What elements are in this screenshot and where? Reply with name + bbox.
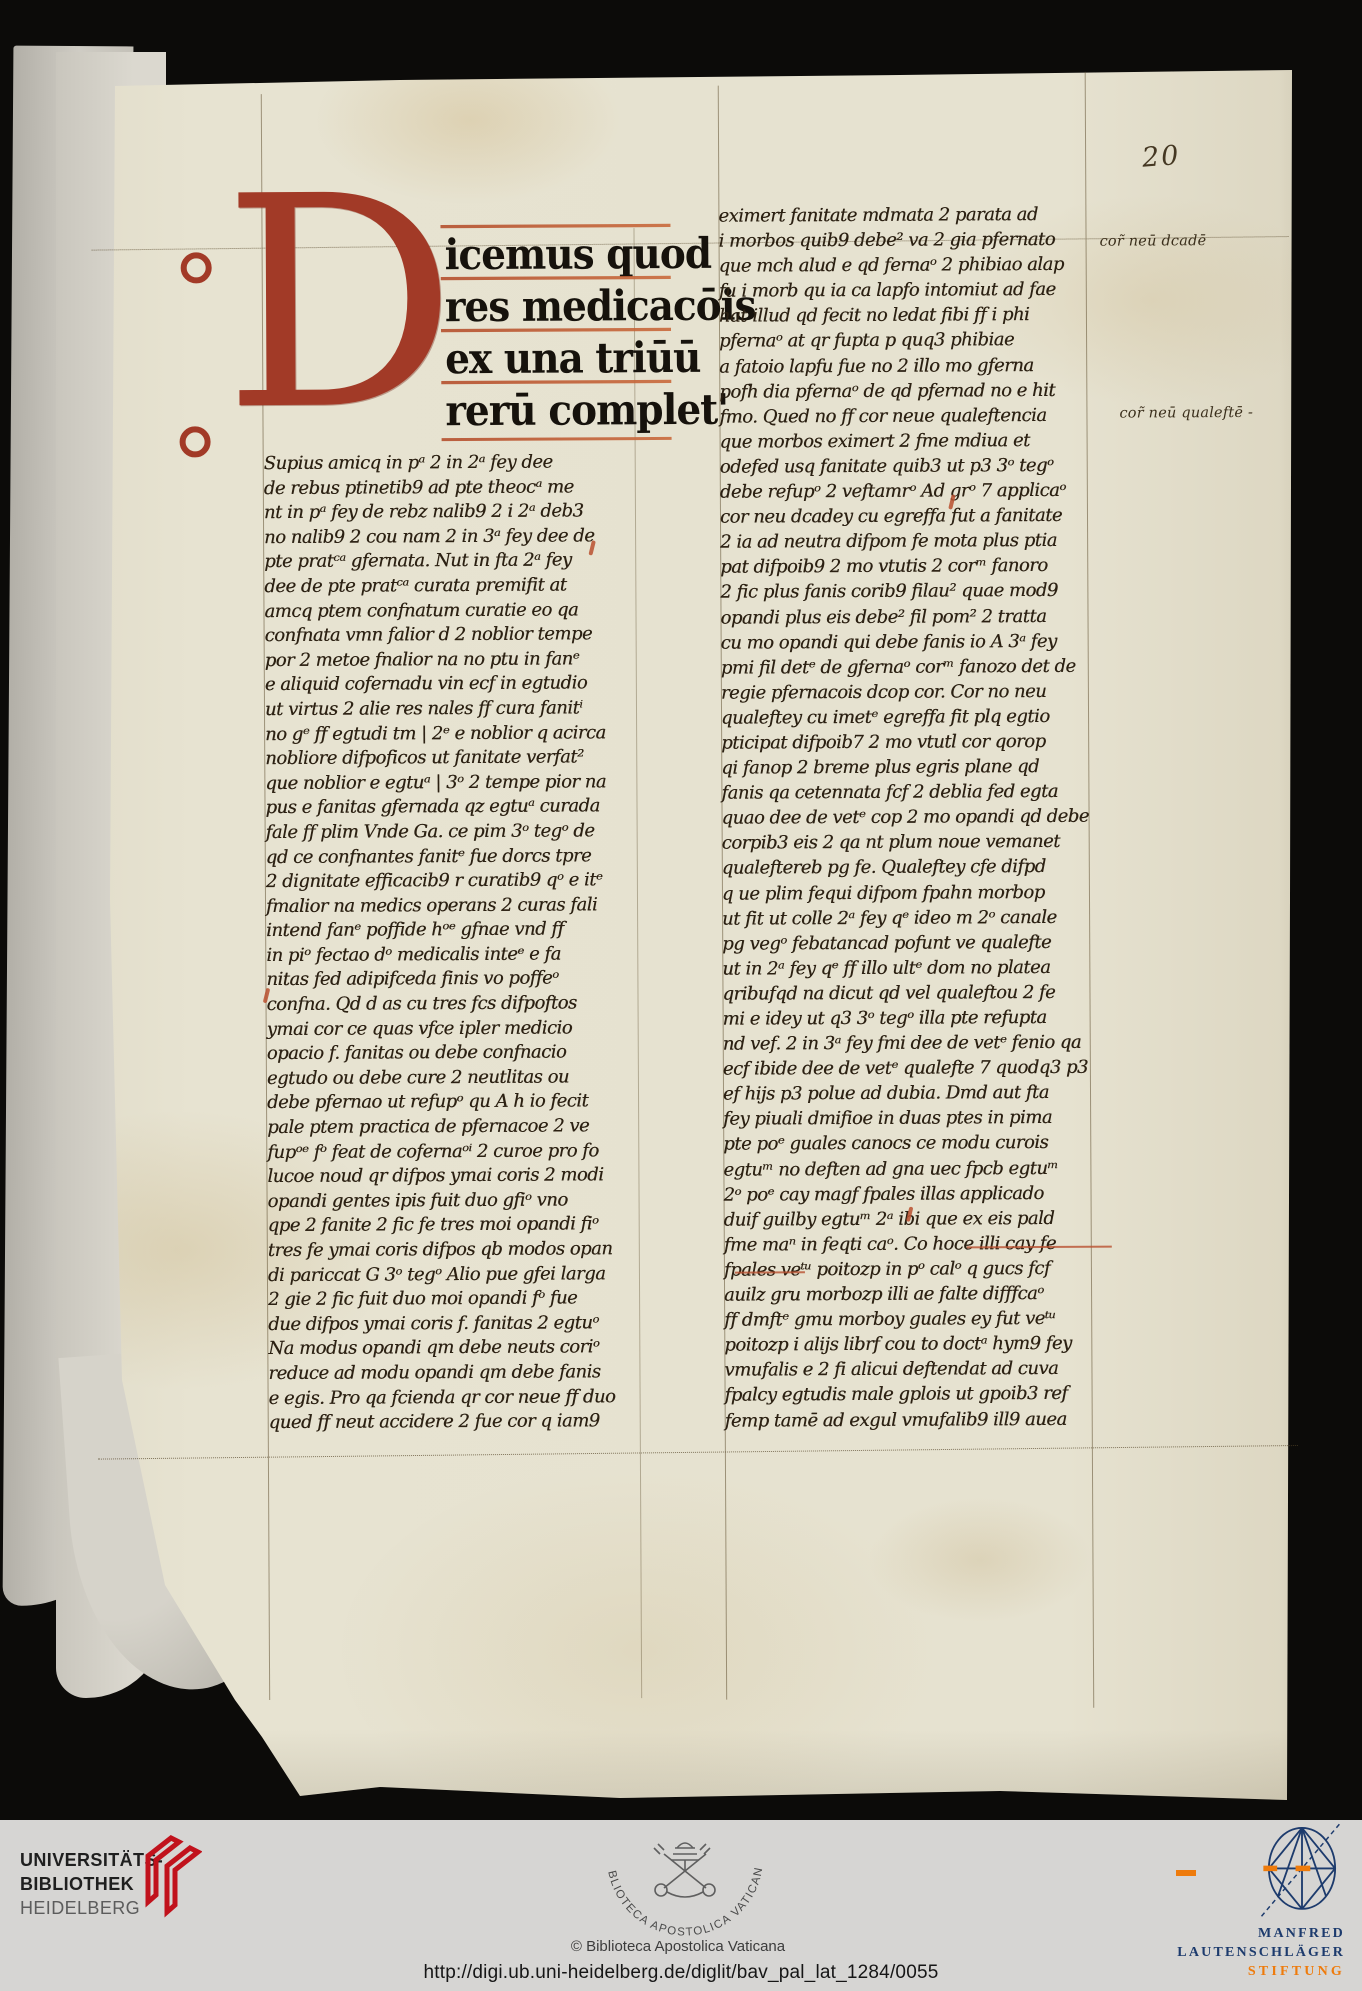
text-line: 2 dignitate efficacib9 r curatib9 qᵒ e i…	[266, 868, 613, 894]
text-line: odefed usq fanitate quib3 ut p3 3ᵒ tegᵒ	[720, 453, 1088, 480]
text-line: opandi plus eis debe² fil pom² 2 tratta	[720, 603, 1088, 630]
text-line: 2ᵒ poᵉ cay magf fpales illas applicado	[723, 1180, 1091, 1207]
text-line: pfernaᵒ at qr fupta p quq3 phibiae	[719, 327, 1087, 354]
rubricated-heading: icemus quodres medicacōisex una triūūrer…	[444, 226, 669, 435]
text-line: por 2 metoe fnalior na no ptu in fanᵉ	[265, 647, 612, 673]
text-line: pte poᵉ guales canocs ce modu curois	[723, 1130, 1091, 1157]
text-line: ut in 2ᵃ fey qᵉ ff illo ultᵉ dom no plat…	[722, 955, 1090, 982]
text-line: q ue plim fequi difpom fpahn morbop	[722, 879, 1090, 906]
text-line: pmi fil detᵉ de gfernaᵒ corᵐ fanozo det …	[721, 653, 1089, 680]
text-line: 2 ia ad neutra difpom fe mota plus ptia	[720, 528, 1088, 555]
foundation-globe-icon	[1256, 1822, 1348, 1924]
text-line: pg vegᵒ febatancad pofunt ve qualefte	[722, 929, 1090, 956]
manuscript-content: 20 D icemus quodres medicacōisex una tri…	[0, 0, 1362, 1820]
screenshot-root: 20 D icemus quodres medicacōisex una tri…	[0, 0, 1362, 1991]
red-underline	[735, 1271, 805, 1273]
text-line: qribufqd na dicut qd vel qualeftou 2 fe	[722, 980, 1090, 1007]
text-line: e aliquid cofernadu vin ecf in egtudio	[265, 672, 612, 698]
heidelberg-book-icon	[138, 1832, 202, 1932]
text-line: qued ff neut accidere 2 fue cor q iam9	[269, 1409, 616, 1435]
text-line: fu i morb qu ia ca lapfo intomiut ad fae	[719, 277, 1087, 304]
text-line: no nalib9 2 cou nam 2 in 3ᵃ fey dee de	[264, 524, 611, 550]
text-line: egtudo ou debe cure 2 neutlitas ou	[267, 1065, 614, 1091]
text-line: 2 gie 2 fic fuit duo moi opandi fᵒ fue	[268, 1286, 615, 1312]
text-line: confnata vmn falior d 2 noblior tempe	[265, 622, 612, 648]
foundation-line3: STIFTUNG	[1045, 1962, 1345, 1981]
initial-flourish	[180, 426, 211, 457]
text-line: egtuᵐ no deften ad gna uec fpcb egtuᵐ	[723, 1155, 1091, 1182]
foundation-dash-icon	[1176, 1870, 1196, 1876]
text-line: poitozp i alijs librf cou to doctᵃ hym9 …	[724, 1331, 1092, 1358]
text-line: fale ff plim Vnde Ga. ce pim 3ᵒ tegᵒ de	[266, 819, 613, 845]
text-line: Supius amicq in pᵃ 2 in 2ᵃ fey dee	[264, 450, 611, 476]
text-line: dee de pte pratᶜᵃ curata premifit at	[264, 573, 611, 599]
text-line: nd vef. 2 in 3ᵃ fey fmi dee de vetᵉ feni…	[723, 1030, 1091, 1057]
text-line: fpales veᵗᵘ poitozp in pᵒ calᵒ q gucs fc…	[724, 1256, 1092, 1283]
text-line: 2 fic plus fanis corib9 filau² quae mod9	[720, 578, 1088, 605]
text-line: qi fanop 2 breme plus egris plane qd	[721, 754, 1089, 781]
margin-note: cor̃ neū qualeftē -	[1119, 405, 1253, 422]
text-line: i morbos quib9 debe² va 2 gia pfernato	[718, 227, 1086, 254]
text-line: pus e fanitas gfernada qz egtuᵃ curada	[265, 795, 612, 821]
text-line: ecf ibide dee de vetᵉ qualefte 7 quodq3 …	[723, 1055, 1091, 1082]
text-line: a fatoio lapfu fue no 2 illo mo gferna	[719, 352, 1087, 379]
text-line: cor neu dcadey cu egreffa fut a fanitate	[720, 503, 1088, 530]
foundation-line2: LAUTENSCHLÄGER	[1045, 1943, 1345, 1962]
text-line: nobliore difpoficos ut fanitate verfat²	[265, 745, 612, 771]
text-line: nt in pᵃ fey de rebz nalib9 2 i 2ᵃ deb3	[264, 499, 611, 525]
folio-page-number: 20	[1141, 140, 1182, 174]
foundation-line1: MANFRED	[1045, 1924, 1345, 1943]
text-line: qualeftereb pg fe. Qualeftey cfe difpd	[722, 854, 1090, 881]
text-line: fupᵒᵉ fᵒ feat de cofernaᵒⁱ 2 curoe pro f…	[267, 1139, 614, 1165]
initial-flourish	[181, 252, 212, 283]
text-line: rerū complet'	[445, 382, 669, 439]
text-line: pofh dia pfernaᵒ de qd pfernad no e hit	[719, 377, 1087, 404]
text-line: pte pratᶜᵃ gfernata. Nut in fta 2ᵃ fey	[264, 549, 611, 575]
text-line: fmo. Qued no ff cor neue qualeftencia	[719, 403, 1087, 430]
text-line: regie pfernacois dcop cor. Cor no neu	[721, 679, 1089, 706]
text-line: eximert fanitate mdmata 2 parata ad	[718, 202, 1086, 229]
text-line: reduce ad modu opandi qm debe fanis	[268, 1360, 615, 1386]
text-line: femp tamē ad exgul vmufalib9 ill9 auea	[725, 1406, 1093, 1433]
svg-text:BIBLIOTECA APOSTOLICA VATICANA: BIBLIOTECA APOSTOLICA VATICANA	[600, 1836, 766, 1939]
text-line: no gᵉ ff egtudi tm | 2ᵉ e noblior q acir…	[265, 721, 612, 747]
text-line: ut fit ut colle 2ᵃ fey qᵉ ideo m 2ᵒ cana…	[722, 904, 1090, 931]
text-line: qd ce confnantes fanitᵉ fue dorcs tpre	[266, 844, 613, 870]
text-line: ut virtus 2 alie res nales ff cura fanit…	[265, 696, 612, 722]
text-line: lucoe noud qr difpos ymai coris 2 modi	[267, 1163, 614, 1189]
ruling-line-vertical	[633, 228, 642, 1698]
text-line: fme maⁿ in feqti caᵒ. Co hoce illi cay f…	[724, 1231, 1092, 1258]
text-line: Na modus opandi qm debe neuts coriᵒ	[268, 1336, 615, 1362]
illuminated-initial-D: D	[222, 157, 458, 450]
text-line: pticipat difpoib7 2 mo vtutl cor qorop	[721, 729, 1089, 756]
text-line: amcq ptem confnatum curatie eo qa	[264, 598, 611, 624]
text-line: debe pfernao ut refupᵒ qu A h io fecit	[267, 1090, 614, 1116]
text-line: mi e idey ut q3 3ᵒ tegᵒ illa pte refupta	[723, 1005, 1091, 1032]
manuscript-photo: 20 D icemus quodres medicacōisex una tri…	[0, 0, 1362, 1820]
text-line: que morbos eximert 2 fme mdiua et	[720, 428, 1088, 455]
text-line: pat difpoib9 2 mo vtutis 2 corᵐ fanoro	[720, 553, 1088, 580]
footer-banner: UNIVERSITÄTS- BIBLIOTHEK HEIDELBERG	[0, 1820, 1362, 1991]
text-line: quao dee de vetᵉ cop 2 mo opandi qd debe	[722, 804, 1090, 831]
text-line: vmufalis e 2 fi alicui deftendat ad cuva	[724, 1356, 1092, 1383]
text-line: qpe 2 fanite 2 fic fe tres moi opandi fi…	[268, 1213, 615, 1239]
text-line: corpib3 eis 2 qa nt plum noue vemanet	[722, 829, 1090, 856]
text-line: ef hijs p3 polue ad dubia. Dmd aut fta	[723, 1080, 1091, 1107]
text-line: di pariccat G 3ᵒ tegᵒ Alio pue gfei larg…	[268, 1262, 615, 1288]
text-line: auilz gru morbozp illi ae falte difffcaᵒ	[724, 1281, 1092, 1308]
ruling-line-horizontal	[98, 1445, 1298, 1460]
text-line: nitas fed adipifceda finis vo poffeᵒ	[266, 967, 613, 993]
text-line: in piᵒ fectao dᵒ medicalis inteᵉ e fa	[266, 942, 613, 968]
margin-note: cor̃ neū dcadē	[1100, 233, 1207, 250]
text-column-right: eximert fanitate mdmata 2 parata adi mor…	[718, 202, 1092, 1434]
text-line: pale ptem practica de pfernacoe 2 ve	[267, 1114, 614, 1140]
text-line: fmalior na medics operans 2 curas fali	[266, 893, 613, 919]
text-line: ex una triūū	[445, 330, 669, 387]
text-line: fpalcy egtudis male gplois ut gpoib3 ref	[725, 1381, 1093, 1408]
text-line: intend fanᵉ poffide hᵒᵉ gfnae vnd ff	[266, 918, 613, 944]
foundation-wordmark: MANFRED LAUTENSCHLÄGER STIFTUNG	[1045, 1924, 1345, 1981]
text-line: ff dmftᵉ gmu morboy guales ey fut veᵗᵘ	[724, 1306, 1092, 1333]
text-line: debe refupᵒ 2 veftamrᵒ Ad grᵒ 7 applicaᵒ	[720, 478, 1088, 505]
vatican-seal-icon: BIBLIOTECA APOSTOLICA VATICANA	[600, 1836, 770, 1944]
text-line: de rebus ptinetib9 ad pte theocᵃ me	[264, 475, 611, 501]
text-line: res medicacōis	[445, 278, 669, 335]
text-line: que mch alud e qd fernaᵒ 2 phibiao alap	[719, 252, 1087, 279]
text-line: qualeftey cu imetᵉ egreffa fit plq egtio	[721, 704, 1089, 731]
text-line: tres fe ymai coris difpos qb modos opan	[268, 1237, 615, 1263]
text-line: confna. Qd d as cu tres fcs difpoftos	[266, 991, 613, 1017]
text-line: ymai cor ce quas vfce ipler medicio	[267, 1016, 614, 1042]
text-line: fanis qa cetennata fcf 2 deblia fed egta	[721, 779, 1089, 806]
seal-arc-text: BIBLIOTECA APOSTOLICA VATICANA	[600, 1836, 766, 1939]
text-line: due difpos ymai coris f. fanitas 2 egtuᵒ	[268, 1311, 615, 1337]
text-line: fey piuali dmifioe in duas ptes in pima	[723, 1105, 1091, 1132]
text-line: opacio f. fanitas ou debe confnacio	[267, 1040, 614, 1066]
text-line: que noblior e egtuᵃ | 3ᵒ 2 tempe pior na	[265, 770, 612, 796]
text-line: cu mo opandi qui debe fanis io A 3ᵃ fey	[721, 628, 1089, 655]
text-column-left: Supius amicq in pᵃ 2 in 2ᵃ fey deede reb…	[264, 450, 616, 1436]
text-line: e egis. Pro qa fcienda qr cor neue ff du…	[269, 1385, 616, 1411]
text-line: hat illud qd fecit no ledat fibi ff i ph…	[719, 302, 1087, 329]
text-line: icemus quod	[444, 226, 668, 283]
text-line: opandi gentes ipis fuit duo gfiᵒ vno	[268, 1188, 615, 1214]
